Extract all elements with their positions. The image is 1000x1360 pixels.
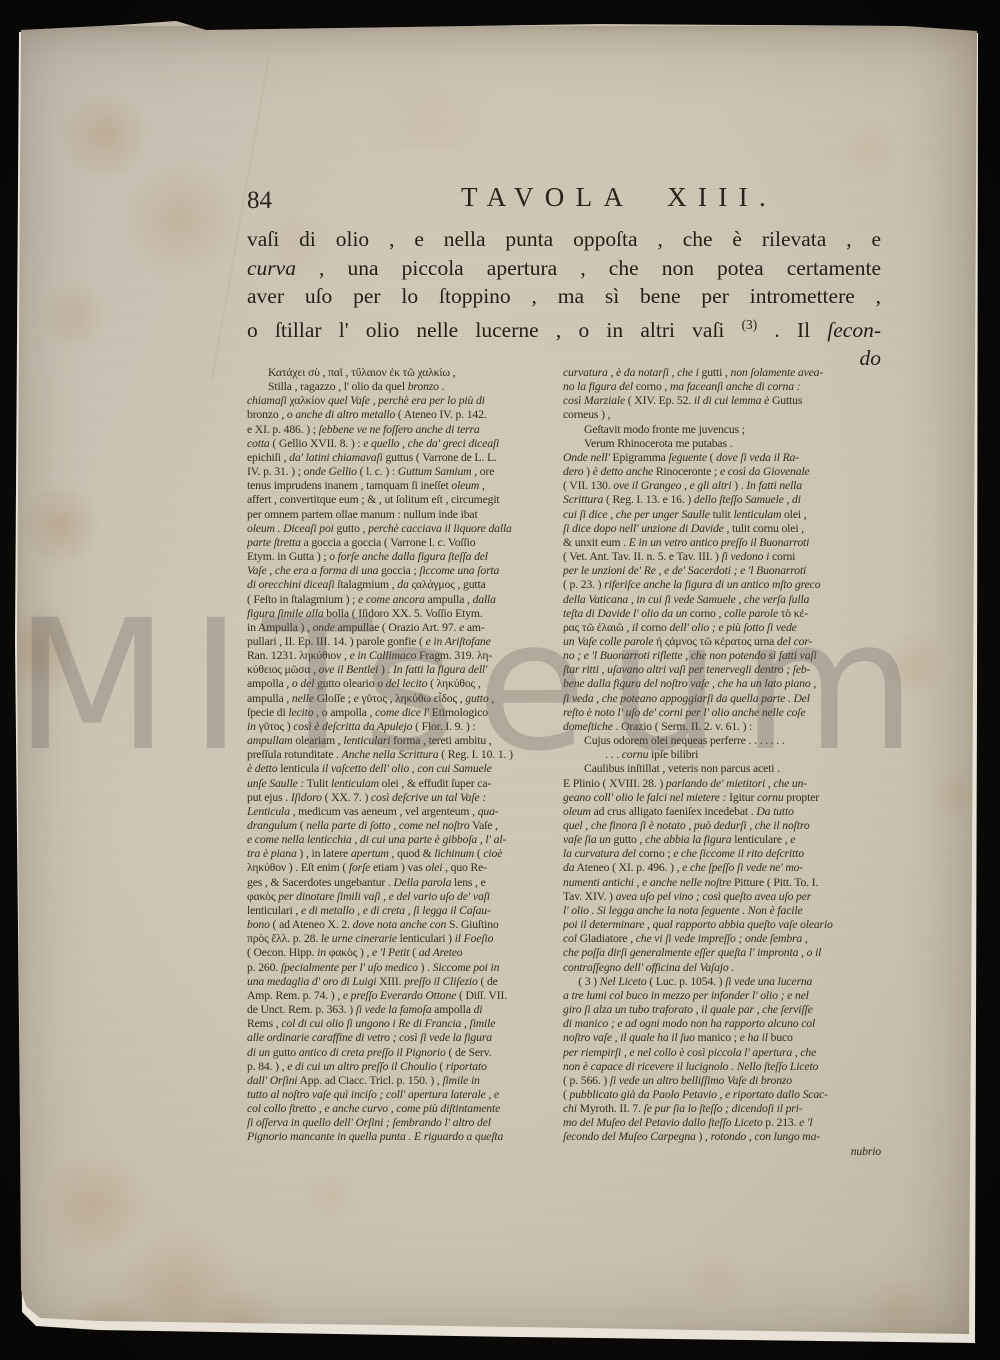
text-line: Ran. 1231. ληκύθιον , e in Callimaco Fra… — [247, 649, 555, 663]
text-line: corneus ) , — [563, 408, 881, 422]
text-line: cui ſi dice , che per unger Saulle tulit… — [563, 508, 881, 522]
two-column-text: Κατάχει σὺ , παῖ , τὔλαιον ἐκ τῶ χαλκίω … — [247, 366, 881, 1160]
text-line: un Vaſe colle parole ἡ ςάμνος τῶ κέρατος… — [563, 635, 881, 649]
text-line: ( p. 566. ) ſi vede un altro belliſſimo … — [563, 1074, 881, 1088]
text-line: geano coll' olio le falci nel mietere : … — [563, 791, 881, 805]
text-line: curva , una piccola apertura , che non p… — [247, 254, 881, 283]
text-line: Vaſe , che era a forma di una goccia ; ſ… — [247, 564, 555, 578]
text-line: ſi oſſerva in quello dell' Orſini ; ſemb… — [247, 1116, 555, 1130]
text-line: in Ampulla ) , onde ampullae ( Orazio Ar… — [247, 621, 555, 635]
text-line: vaſi di olio , e nella punta oppoſta , c… — [247, 225, 881, 254]
text-line: teſta di Davide l' olio da un corno , co… — [563, 607, 881, 621]
text-line: Verum Rhinocerota me putabas . — [563, 437, 881, 451]
text-line: unſe Saulle : Tulit lenticulam olei , & … — [247, 777, 555, 791]
text-line: figura ſimile alla bolla ( Iſidoro XX. 5… — [247, 607, 555, 621]
text-line: aver uſo per lo ſtoppino , ma sì bene pe… — [247, 282, 881, 311]
text-line: della Vaticana , in cui ſi vede Samuele … — [563, 593, 881, 607]
text-line: & unxit eum . E in un vetro antico preſſ… — [563, 536, 881, 550]
left-column: Κατάχει σὺ , παῖ , τὔλαιον ἐκ τῶ χαλκίω … — [247, 366, 555, 1146]
page-header: 84 TAVOLA XIII. — [247, 182, 881, 218]
text-line: ( Feſto in ſtalagmium ) ; e come ancora … — [247, 593, 555, 607]
text-line: ſtar ritti , uſavano altri vaſi per tene… — [563, 663, 881, 677]
text-line: tutto al noſtro vaſe quì inciſo ; coll' … — [247, 1088, 555, 1102]
text-line: e XI. p. 486. ) ; ſebbene ve ne foſſero … — [247, 423, 555, 437]
text-line: da Ateneo ( XI. p. 496. ) , e che ſpeſſo… — [563, 861, 881, 875]
text-line: no la figura del corno , ma faceanſi anc… — [563, 380, 881, 394]
text-line: per riempirſi , e nel collo è così picco… — [563, 1046, 881, 1060]
text-line: bronzo , o anche di altro metallo ( Aten… — [247, 408, 555, 422]
text-line: ( Oecon. Hipp. in φακὸς ) , e 'l Petit (… — [247, 946, 555, 960]
text-line: domeſtiche . Orazio ( Serm. II. 2. v. 61… — [563, 720, 881, 734]
text-line: col Gladiatore , che vi ſi vede impreſſo… — [563, 932, 881, 946]
text-line: p. 84. ) , e di cui un altro preſſo il C… — [247, 1060, 555, 1074]
text-line: ſi dice dopo nell' unzione di Davide , t… — [563, 522, 881, 536]
text-line: Amp. Rem. p. 74. ) , e preſſo Everardo O… — [247, 989, 555, 1003]
page-number: 84 — [247, 187, 272, 215]
text-line: Etym. in Gutta ) ; o forſe anche dalla f… — [247, 550, 555, 564]
text-line: p. 260. ſpecialmente per l' uſo medico )… — [247, 961, 555, 975]
intro-paragraph: vaſi di olio , e nella punta oppoſta , c… — [247, 225, 881, 373]
text-line: ges , & Sacerdotes ungebantur . Della pa… — [247, 876, 555, 890]
text-line: drangulum ( nella parte di ſotto , come … — [247, 819, 555, 833]
text-line: φακὸς per dinotare ſimili vaſi , e del v… — [247, 890, 555, 904]
text-line: quel , che finora ſi è notato , può dedu… — [563, 819, 881, 833]
text-line: chi Myroth. II. 7. ſe pur ſia lo ſteſſo … — [563, 1102, 881, 1116]
text-line: Cujus odorem olei nequeas perferre . . .… — [563, 734, 881, 748]
text-line: Caulibus inſtillat , veteris non parcus … — [563, 762, 881, 776]
text-line: che poſſa dirſi generalmente eſſer queſt… — [563, 946, 881, 960]
page-title: TAVOLA XIII. — [357, 182, 881, 213]
text-line: parte ſtretta a goccia a goccia ( Varron… — [247, 536, 555, 550]
text-line: di un gutto antico di creta preſſo il Pi… — [247, 1046, 555, 1060]
text-line: dero ) è detto anche Rinoceronte ; e cos… — [563, 465, 881, 479]
text-line: per omnem partem ollae manum : nullum in… — [247, 508, 555, 522]
text-line: noſtro vaſe , il quale ha il ſuo manico … — [563, 1031, 881, 1045]
text-line: preſſula rotunditate . Anche nella Scrit… — [247, 748, 555, 762]
text-line: ampulla , nelle Gloſſe ; e γῦτος , ληκύθ… — [247, 692, 555, 706]
text-line: alle ordinarie caraffine di vetro ; così… — [247, 1031, 555, 1045]
text-line: Geſtavit modo fronte me juvencus ; — [563, 423, 881, 437]
text-line: così Marziale ( XIV. Ep. 52. il di cui l… — [563, 394, 881, 408]
text-line: ampullam oleariam , lenticulari forma , … — [247, 734, 555, 748]
text-line: ληκύθον ) . Eſt enim ( forſe etiam ) vas… — [247, 861, 555, 875]
text-line: non è capace di ricevere il lucignolo . … — [563, 1060, 881, 1074]
text-line: ſpecie di lecito , o ampolla , come dice… — [247, 706, 555, 720]
text-line: una medaglia d' oro di Luigi XIII. preſſ… — [247, 975, 555, 989]
text-line: Stilla , ragazzo , l' olio da quel bronz… — [247, 380, 555, 394]
text-line: cotta ( Gellio XVII. 8. ) : e quello , c… — [247, 437, 555, 451]
text-line: lenticulari , e di metallo , e di creta … — [247, 904, 555, 918]
text-line: giro ſi alza un tubo traforato , il qual… — [563, 1003, 881, 1017]
text-line: dall' Orſini App. ad Ciacc. Tricl. p. 15… — [247, 1074, 555, 1088]
text-line: ( pubblicato già da Paolo Petavio , e ri… — [563, 1088, 881, 1102]
text-line: pullari , II. Ep. III. 14. ) parole gonf… — [247, 635, 555, 649]
text-line: ampolla , o del gutto oleario o del leci… — [247, 677, 555, 691]
text-line: tenus imprudens inanem , tamquam ſi ineſ… — [247, 479, 555, 493]
text-line: Tav. XIV. ) avea uſo pel vino ; così que… — [563, 890, 881, 904]
text-line: ( Vet. Ant. Tav. II. n. 5. e Tav. III. )… — [563, 550, 881, 564]
text-line: ( p. 23. ) riferiſce anche la figura di … — [563, 578, 881, 592]
text-line: numenti antichi , e anche nelle noſtre P… — [563, 876, 881, 890]
text-line: Scrittura ( Reg. I. 13. e 16. ) dello ſt… — [563, 493, 881, 507]
text-line: ( 3 ) Nel Liceto ( Luc. p. 1054. ) ſi ve… — [563, 975, 881, 989]
text-line: Rems , col di cui olio ſi ungono i Re di… — [247, 1017, 555, 1031]
text-line: IV. p. 31. ) ; onde Gellio ( l. c. ) : G… — [247, 465, 555, 479]
text-line: de Unct. Rem. p. 363. ) ſi vede la famoſ… — [247, 1003, 555, 1017]
text-line: a tre lumi col buco in mezzo per infonde… — [563, 989, 881, 1003]
text-line: ( VII. 130. ove il Grangeo , e gli altri… — [563, 479, 881, 493]
text-line: Onde nell' Epigramma ſeguente ( dove ſi … — [563, 451, 881, 465]
text-line: nubrio — [563, 1145, 881, 1159]
text-line: no ; e 'l Buonarroti riflette , che non … — [563, 649, 881, 663]
text-line: è detto lenticula il vaſcetto dell' olio… — [247, 762, 555, 776]
text-line: E Plinio ( XVIII. 28. ) parlando de' mie… — [563, 777, 881, 791]
text-line: Pignorio mancante in quella punta . E ri… — [247, 1130, 555, 1144]
text-line: Lenticula , medicum vas aeneum , vel arg… — [247, 805, 555, 819]
text-line: oleum . Diceaſi poi gutto , perchè cacci… — [247, 522, 555, 536]
text-line: bene dalla figura del noſtro vaſe , che … — [563, 677, 881, 691]
text-line: l' olio . Si legga anche la nota ſeguent… — [563, 904, 881, 918]
text-line: ſecondo del Muſeo Carpegna ) , rotondo ,… — [563, 1130, 881, 1144]
text-line: poi il determinare , qual rapporto abbia… — [563, 918, 881, 932]
text-line: πρὸς ἕλλ. p. 28. le urne cinerarie lenti… — [247, 932, 555, 946]
text-line: e come nella lenticchia , di cui una par… — [247, 833, 555, 847]
text-line: bono ( ad Ateneo X. 2. dove nota anche c… — [247, 918, 555, 932]
text-line: o ſtillar l' olio nelle lucerne , o in a… — [247, 311, 881, 345]
text-line: vaſe ſia un gutto , che abbia la figura … — [563, 833, 881, 847]
text-line: mo del Muſeo del Petavio dallo ſteſſo Li… — [563, 1116, 881, 1130]
text-line: . . . cornu ipſe bilibri — [563, 748, 881, 762]
text-line: affert , convertitque eum ; & , ut ſolit… — [247, 493, 555, 507]
text-line: di manico ; e ad ogni modo non ha rappor… — [563, 1017, 881, 1031]
text-line: epichiſi , da' latini chiamavaſi guttus … — [247, 451, 555, 465]
text-line: Κατάχει σὺ , παῖ , τὔλαιον ἐκ τῶ χαλκίω … — [247, 366, 555, 380]
text-line: reſto è noto l' uſo de' corni per l' oli… — [563, 706, 881, 720]
text-line: di orecchini diceaſi ſtalagmium , da ςαλ… — [247, 578, 555, 592]
book-page: 84 TAVOLA XIII. vaſi di olio , e nella p… — [0, 0, 1000, 1360]
text-line: κύθειος μῶσα , ove il Bentlei ) . In fat… — [247, 663, 555, 677]
text-line: oleum ad crus alligato faeniſex incedeba… — [563, 805, 881, 819]
text-line: per le unzioni de' Re , e de' Sacerdoti … — [563, 564, 881, 578]
photo-background: 84 TAVOLA XIII. vaſi di olio , e nella p… — [0, 0, 1000, 1360]
text-line: in γῦτος ) così è deſcritta da Apulejo (… — [247, 720, 555, 734]
text-line: la curvatura del corno ; e che ſiccome i… — [563, 847, 881, 861]
text-line: contraſſegno dell' officina del Vaſajo . — [563, 961, 881, 975]
text-line: curvatura , è da notarſi , che i gutti ,… — [563, 366, 881, 380]
text-line: ſi veda , che poteano appoggiarſi da que… — [563, 692, 881, 706]
text-line: col collo ſtretto , e anche curvo , come… — [247, 1102, 555, 1116]
right-column: curvatura , è da notarſi , che i gutti ,… — [563, 366, 881, 1160]
text-line: chiamaſi χαλκίον quel Vaſe , perchè era … — [247, 394, 555, 408]
text-line: ρας τῶ ἐλαιῶ , il corno dell' olio ; e p… — [563, 621, 881, 635]
text-line: tra è piana ) , in latere apertum , quod… — [247, 847, 555, 861]
text-line: put ejus . Iſidoro ( XX. 7. ) così deſcr… — [247, 791, 555, 805]
